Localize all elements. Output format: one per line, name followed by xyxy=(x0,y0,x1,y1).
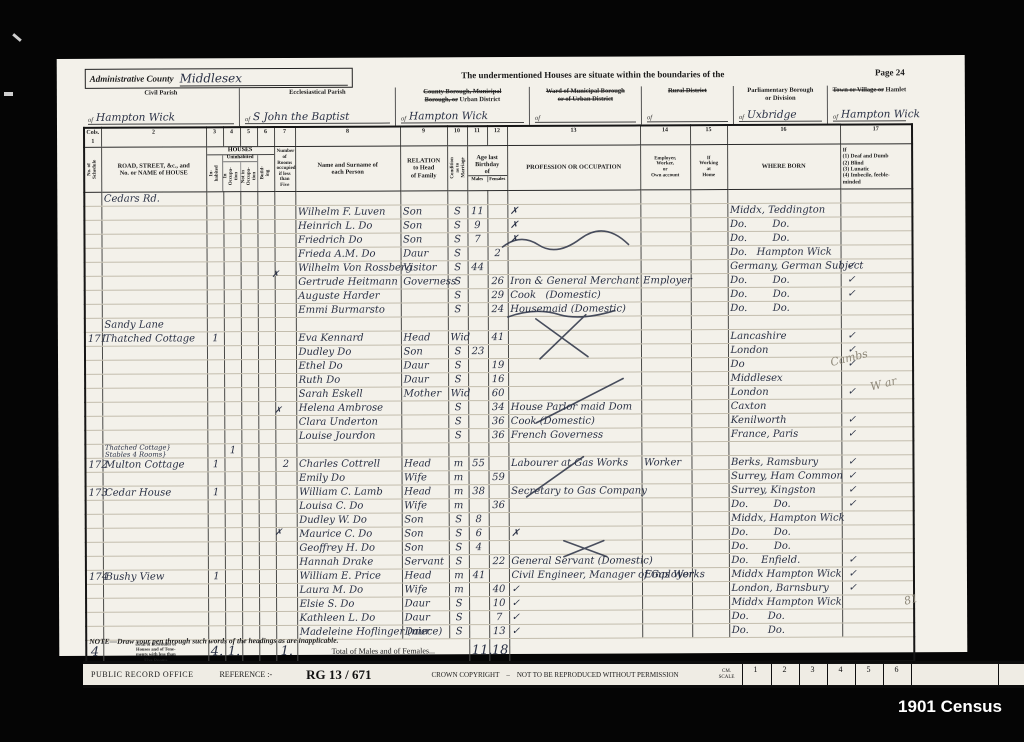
cell-infirmity: ✓ xyxy=(841,413,913,427)
cell-inhabited: 1 xyxy=(208,486,225,500)
cell-building xyxy=(259,612,276,626)
cell-condition: S xyxy=(449,625,469,639)
cell-inhabited xyxy=(208,584,225,598)
cell-age-male xyxy=(469,499,489,513)
cell-relation xyxy=(401,429,448,443)
cell-rooms xyxy=(275,443,296,457)
image-caption: 1901 Census xyxy=(898,697,1002,717)
cell-building xyxy=(257,192,274,206)
cell-inhabited: 1 xyxy=(207,458,224,472)
cell-age-male: 41 xyxy=(469,569,489,583)
cell-building xyxy=(259,542,276,556)
cell-rooms xyxy=(275,289,296,303)
ruler-segment-1: 1 xyxy=(743,664,771,685)
cell-condition: S xyxy=(448,429,468,443)
cell-infirmity xyxy=(842,595,914,609)
cell-relation xyxy=(400,191,447,205)
col-number-13: 13 xyxy=(507,125,640,145)
cell-occupation: General Servant (Domestic) xyxy=(509,554,642,569)
cell-building xyxy=(258,388,275,402)
cell-employer-status xyxy=(641,344,691,358)
cell-age-female xyxy=(489,569,509,583)
cell-working-home xyxy=(691,442,728,456)
header-infirmity: If (1) Deaf and Dumb (2) Blind (3) Lunat… xyxy=(840,144,912,189)
cell-working-home xyxy=(691,386,728,400)
cell-inhabited xyxy=(207,290,224,304)
cell-where-born: Middlesex xyxy=(728,371,841,385)
cell-infirmity xyxy=(842,623,914,637)
cell-infirmity: ✓ xyxy=(841,427,913,441)
cell-condition: S xyxy=(448,247,468,261)
cell-address xyxy=(102,276,207,290)
cell-building xyxy=(258,248,275,262)
cell-age-male xyxy=(468,373,488,387)
cell-working-home xyxy=(691,330,728,344)
cell-person-name xyxy=(296,317,401,331)
cm-scale-label: CM. SCALE xyxy=(719,669,735,680)
cell-age-female xyxy=(487,233,507,247)
cell-infirmity: ✓ xyxy=(841,273,913,287)
cell-rooms xyxy=(275,387,296,401)
cell-age-male: 38 xyxy=(469,485,489,499)
cell-condition: m xyxy=(449,499,469,513)
cell-infirmity xyxy=(840,217,912,231)
cell-occupation xyxy=(508,372,641,387)
header-name-surname: Name and Surname of each Person xyxy=(295,146,400,191)
cell-inhabited xyxy=(207,416,224,430)
cell-person-name: Dudley W. Do xyxy=(297,513,402,527)
cell-occupation: Civil Engineer, Manager of Gas Works xyxy=(509,568,642,583)
header-relation: RELATION to Head of Family xyxy=(400,146,447,191)
cell-age-female: 16 xyxy=(488,373,508,387)
cell-where-born: Do. Do. xyxy=(729,623,842,637)
cell-person-name: William C. Lamb xyxy=(297,485,402,499)
cell-employer-status: Worker xyxy=(641,456,691,470)
cell-age-female: 40 xyxy=(489,583,509,597)
cell-inhabited xyxy=(206,192,223,206)
scan-artifact xyxy=(4,92,13,96)
cell-address xyxy=(102,430,207,444)
cell-address xyxy=(102,346,207,360)
cell-relation xyxy=(401,303,448,317)
census-table: Cols. 1234567891011121314151617 No. of S… xyxy=(83,123,915,665)
cell-occupation xyxy=(508,386,641,401)
cell-uninhab-occ xyxy=(224,374,241,388)
cell-working-home xyxy=(691,246,728,260)
of-label: of xyxy=(535,115,540,122)
cell-employer-status: Employer xyxy=(642,568,692,582)
cell-condition: S xyxy=(448,373,468,387)
cell-age-male xyxy=(469,611,489,625)
cell-person-name: Emmi Burmarsto xyxy=(296,303,401,317)
cell-address xyxy=(102,304,207,318)
cell-occupation: House Parlor maid Dom xyxy=(508,400,641,415)
cell-relation: Daur xyxy=(401,359,448,373)
cell-rooms xyxy=(276,612,297,626)
cell-where-born: Germany, German Subject xyxy=(728,259,841,273)
cell-uninhab-occ xyxy=(224,332,241,346)
cell-building xyxy=(259,584,276,598)
cell-inhabited xyxy=(207,262,224,276)
cell-person-name: Laura M. Do xyxy=(297,583,402,597)
cell-age-male xyxy=(469,625,489,639)
cell-age-female xyxy=(488,317,508,331)
cell-relation: Head xyxy=(401,331,448,345)
header-schedule-no: No. of Schedule xyxy=(84,147,101,192)
cell-schedule-no xyxy=(85,416,102,430)
cell-employer-status xyxy=(640,232,690,246)
cell-relation: Head xyxy=(402,485,449,499)
cell-infirmity xyxy=(841,315,913,329)
ruler-segment-3: 3 xyxy=(799,664,827,685)
cell-address xyxy=(103,584,208,598)
cell-employer-status xyxy=(640,190,690,204)
cell-working-home xyxy=(692,624,729,638)
scan-artifact xyxy=(12,33,22,42)
cell-rooms xyxy=(275,401,296,415)
cell-inhabited xyxy=(207,276,224,290)
cell-uninhab-not-occ xyxy=(240,192,257,206)
cell-rooms xyxy=(274,191,295,205)
cell-employer-status xyxy=(640,204,690,218)
cell-address: Cedar House xyxy=(103,486,208,500)
cell-working-home xyxy=(692,470,729,484)
cell-relation: Governess xyxy=(401,275,448,289)
cell-working-home xyxy=(691,260,728,274)
cell-person-name: Eva Kennard xyxy=(296,331,401,345)
cell-address: Sandy Lane xyxy=(102,318,207,332)
cell-relation: Son xyxy=(402,513,449,527)
cell-uninhab-not-occ xyxy=(240,220,257,234)
cell-rooms xyxy=(276,472,297,486)
cell-inhabited xyxy=(206,206,223,220)
cell-address xyxy=(103,612,208,626)
col-number-7: 7 xyxy=(274,127,295,147)
cell-age-female xyxy=(488,443,508,457)
cell-infirmity: ✓ xyxy=(841,357,913,371)
cell-occupation xyxy=(509,512,642,527)
cell-employer-status xyxy=(641,260,691,274)
cell-infirmity xyxy=(841,245,913,259)
cell-inhabited xyxy=(207,402,224,416)
cell-relation: Daur xyxy=(401,247,448,261)
cell-employer-status xyxy=(642,498,692,512)
cell-occupation: ✓ xyxy=(509,610,642,625)
cell-occupation xyxy=(508,260,641,275)
administrative-county-box: Administrative County Middlesex xyxy=(85,68,353,89)
cell-inhabited xyxy=(207,430,224,444)
cell-employer-status xyxy=(641,316,691,330)
cell-working-home xyxy=(692,484,729,498)
cell-employer-status xyxy=(642,470,692,484)
cell-address: Thatched Cottage xyxy=(102,332,207,346)
cell-occupation: ✓ xyxy=(509,596,642,611)
cell-condition: S xyxy=(448,289,468,303)
cell-working-home xyxy=(692,540,729,554)
cell-address: Thatched Cottage}Stables 4 Rooms} xyxy=(102,444,207,459)
header-condition: Condition as to Marriage xyxy=(447,146,467,191)
cell-where-born: Do. Do. xyxy=(729,609,842,623)
cell-where-born: Do. Do. xyxy=(729,497,842,511)
header-box-1: Ecclesiastical ParishofS John the Baptis… xyxy=(239,88,395,127)
pro-office-label: PUBLIC RECORD OFFICE xyxy=(91,670,193,679)
cell-uninhab-not-occ xyxy=(241,458,258,472)
cell-age-female: 7 xyxy=(489,611,509,625)
header-age-males: Males xyxy=(468,176,487,182)
cell-uninhab-not-occ xyxy=(240,206,257,220)
cell-occupation xyxy=(509,470,642,485)
cell-schedule-no xyxy=(85,290,102,304)
header-box-value: of xyxy=(647,114,728,122)
cell-condition: S xyxy=(447,233,467,247)
cell-infirmity: ✓ xyxy=(841,469,913,483)
cell-relation: Daur xyxy=(401,373,448,387)
cell-where-born: Do. Do. xyxy=(729,525,842,539)
cell-uninhab-occ xyxy=(225,542,242,556)
cell-employer-status xyxy=(641,302,691,316)
cell-working-home xyxy=(692,512,729,526)
header-box-value: ofHampton Wick xyxy=(401,111,524,124)
cell-age-male xyxy=(468,317,488,331)
cell-uninhab-occ xyxy=(225,598,242,612)
cell-infirmity: ✓ xyxy=(841,287,913,301)
cell-inhabited xyxy=(208,500,225,514)
cell-schedule-no xyxy=(86,514,103,528)
cell-employer-status xyxy=(641,442,691,456)
cell-relation: Son xyxy=(401,345,448,359)
cell-condition: m xyxy=(449,569,469,583)
cell-schedule-no xyxy=(86,528,103,542)
cell-building xyxy=(258,444,275,458)
cell-where-born xyxy=(727,189,840,203)
cell-working-home xyxy=(690,190,727,204)
cell-working-home xyxy=(692,610,729,624)
cell-person-name: Sarah Eskell xyxy=(296,387,401,401)
of-label: of xyxy=(647,114,652,121)
cell-condition: S xyxy=(449,555,469,569)
cell-schedule-no xyxy=(84,234,101,248)
cell-condition: m xyxy=(448,457,468,471)
cell-uninhab-not-occ xyxy=(241,346,258,360)
cell-relation: Head xyxy=(401,457,448,471)
cell-age-female: 36 xyxy=(488,415,508,429)
cell-age-male xyxy=(468,429,488,443)
ruler-segment-5: 5 xyxy=(855,664,883,685)
header-where-born: WHERE BORN xyxy=(727,144,840,189)
cell-person-name: Gertrude Heitmann xyxy=(296,275,401,289)
cell-age-female: 36 xyxy=(488,429,508,443)
cell-employer-status: Employer xyxy=(641,274,691,288)
cell-age-male xyxy=(468,331,488,345)
cell-age-male: 44 xyxy=(468,261,488,275)
cell-infirmity: ✓ xyxy=(841,259,913,273)
cell-condition: m xyxy=(449,583,469,597)
cell-uninhab-not-occ xyxy=(242,612,259,626)
cell-age-male: 8 xyxy=(469,513,489,527)
cell-condition: Wid xyxy=(448,331,468,345)
cell-address xyxy=(103,598,208,612)
cell-condition: S xyxy=(449,513,469,527)
cell-infirmity: ✓ xyxy=(841,329,913,343)
cell-where-born: London xyxy=(728,343,841,357)
cell-uninhab-not-occ xyxy=(242,556,259,570)
cell-schedule-no xyxy=(86,598,103,612)
cell-employer-status xyxy=(640,218,690,232)
cell-uninhab-not-occ xyxy=(242,472,259,486)
cell-person-name: Geoffrey H. Do xyxy=(297,541,402,555)
cell-working-home xyxy=(691,456,728,470)
cell-working-home xyxy=(691,400,728,414)
admin-county-label: Administrative County xyxy=(90,73,174,83)
cell-age-male xyxy=(468,303,488,317)
cell-where-born: London, Barnsbury xyxy=(729,581,842,595)
cell-employer-status xyxy=(641,246,691,260)
cell-working-home xyxy=(691,358,728,372)
cell-age-male xyxy=(468,359,488,373)
cell-uninhab-not-occ xyxy=(241,416,258,430)
col-number-5: 5 xyxy=(240,127,257,147)
cell-schedule-no xyxy=(85,374,102,388)
cell-working-home xyxy=(691,428,728,442)
cell-age-male xyxy=(468,401,488,415)
cell-schedule-no xyxy=(86,612,103,626)
ruler-segment-4: 4 xyxy=(827,664,855,685)
cell-inhabited xyxy=(207,304,224,318)
cell-condition: S xyxy=(448,303,468,317)
cell-age-female: 26 xyxy=(488,275,508,289)
cell-rooms xyxy=(276,598,297,612)
cell-working-home xyxy=(692,554,729,568)
cell-employer-status xyxy=(642,512,692,526)
header-box-3: Ward of Municipal Boroughor of Urban Dis… xyxy=(529,86,641,124)
cell-age-female: 60 xyxy=(488,387,508,401)
col-number-10: 10 xyxy=(447,126,467,146)
cell-uninhab-not-occ xyxy=(241,444,258,458)
col-number-14: 14 xyxy=(640,125,690,145)
cell-inhabited xyxy=(207,248,224,262)
header-rooms: Number of Rooms occupied if less than Fi… xyxy=(274,146,295,191)
cell-employer-status xyxy=(641,358,691,372)
pro-reference-label: REFERENCE :- xyxy=(219,670,272,679)
cell-schedule-no xyxy=(85,402,102,416)
cell-age-female: 19 xyxy=(488,359,508,373)
header-box-title: Ward of Municipal Boroughor of Urban Dis… xyxy=(530,87,641,102)
cell-building xyxy=(258,304,275,318)
cell-rooms xyxy=(275,331,296,345)
cell-age-female: 24 xyxy=(488,303,508,317)
cell-age-male xyxy=(468,289,488,303)
cell-schedule-no: 174 xyxy=(86,570,103,584)
cell-uninhab-not-occ xyxy=(241,262,258,276)
header-employer: Employer, Worker, or Own account xyxy=(640,145,690,190)
header-age: Age last Birthday of Males Females xyxy=(467,146,507,191)
cell-rooms xyxy=(276,570,297,584)
cell-person-name: Helena Ambrose xyxy=(296,401,401,415)
col-number-15: 15 xyxy=(690,125,727,145)
cell-uninhab-occ xyxy=(225,570,242,584)
cell-address xyxy=(103,514,208,528)
cell-working-home xyxy=(691,344,728,358)
header-box-2: County Borough, MunicipalBorough, or Urb… xyxy=(395,87,529,126)
cell-infirmity: ✓ xyxy=(841,343,913,357)
header-not-in-occupation: Not in Occupa- tion xyxy=(240,162,258,191)
cell-condition: Wid xyxy=(448,387,468,401)
col-number-12: 12 xyxy=(487,126,507,146)
cell-rooms xyxy=(275,429,296,443)
col-number-11: 11 xyxy=(467,126,487,146)
cell-address xyxy=(102,360,207,374)
cell-schedule-no xyxy=(86,472,103,486)
cell-where-born: Middx Hampton Wick xyxy=(729,595,842,609)
cell-age-male xyxy=(469,471,489,485)
cell-person-name: Louise Jourdon xyxy=(296,429,401,443)
cell-age-male xyxy=(468,247,488,261)
cell-uninhab-not-occ xyxy=(241,248,258,262)
cell-address xyxy=(101,206,206,220)
cell-age-male: 11 xyxy=(467,205,487,219)
cell-schedule-no xyxy=(86,584,103,598)
cell-address: Multon Cottage xyxy=(102,458,207,472)
pro-copyright: CROWN COPYRIGHT – NOT TO BE REPRODUCED W… xyxy=(432,671,679,679)
cell-age-male: 6 xyxy=(469,527,489,541)
col-number-4: 4 xyxy=(223,127,240,147)
header-box-5: Parliamentary Boroughor DivisionofUxbrid… xyxy=(733,86,827,124)
cell-condition: S xyxy=(447,219,467,233)
cell-condition: S xyxy=(448,415,468,429)
cell-person-name: Wilhelm F. Luven xyxy=(295,205,400,219)
cell-age-female xyxy=(487,191,507,205)
cell-inhabited xyxy=(208,472,225,486)
cell-occupation xyxy=(508,246,641,261)
cell-address xyxy=(103,500,208,514)
cell-person-name xyxy=(295,191,400,205)
cell-uninhab-occ xyxy=(224,262,241,276)
header-box-value: ofS John the Baptist xyxy=(245,112,390,125)
cell-uninhab-occ xyxy=(225,514,242,528)
cell-uninhab-occ xyxy=(224,430,241,444)
cell-person-name: Elsie S. Do xyxy=(297,597,402,611)
cell-person-name: Hannah Drake xyxy=(297,555,402,569)
cell-rooms xyxy=(274,205,295,219)
cell-inhabited xyxy=(208,542,225,556)
cell-rooms xyxy=(275,303,296,317)
header-box-6: Town or Village or HamletofHampton Wick xyxy=(827,85,911,123)
cell-building xyxy=(257,206,274,220)
cell-uninhab-not-occ xyxy=(242,528,259,542)
cell-address xyxy=(102,262,207,276)
cell-condition: S xyxy=(447,205,467,219)
header-uninhabited: Uninhabited In Occupa- tion Not in Occup… xyxy=(222,155,257,191)
cell-age-male: 4 xyxy=(469,541,489,555)
cell-condition: S xyxy=(449,527,469,541)
cell-infirmity xyxy=(841,371,913,385)
cell-age-female xyxy=(488,261,508,275)
cell-inhabited xyxy=(207,346,224,360)
cell-rooms xyxy=(275,275,296,289)
headings-note: NOTE—Draw your pen through such words of… xyxy=(89,636,338,646)
cell-infirmity xyxy=(840,189,912,203)
cell-rooms xyxy=(276,486,297,500)
cell-uninhab-not-occ xyxy=(241,304,258,318)
cell-occupation xyxy=(508,358,641,373)
cell-age-female xyxy=(489,513,509,527)
cell-employer-status xyxy=(641,414,691,428)
cell-working-home xyxy=(690,232,727,246)
cell-building xyxy=(258,360,275,374)
header-profession: PROFESSION OR OCCUPATION xyxy=(507,145,640,191)
cell-inhabited xyxy=(207,360,224,374)
cell-infirmity xyxy=(842,539,914,553)
